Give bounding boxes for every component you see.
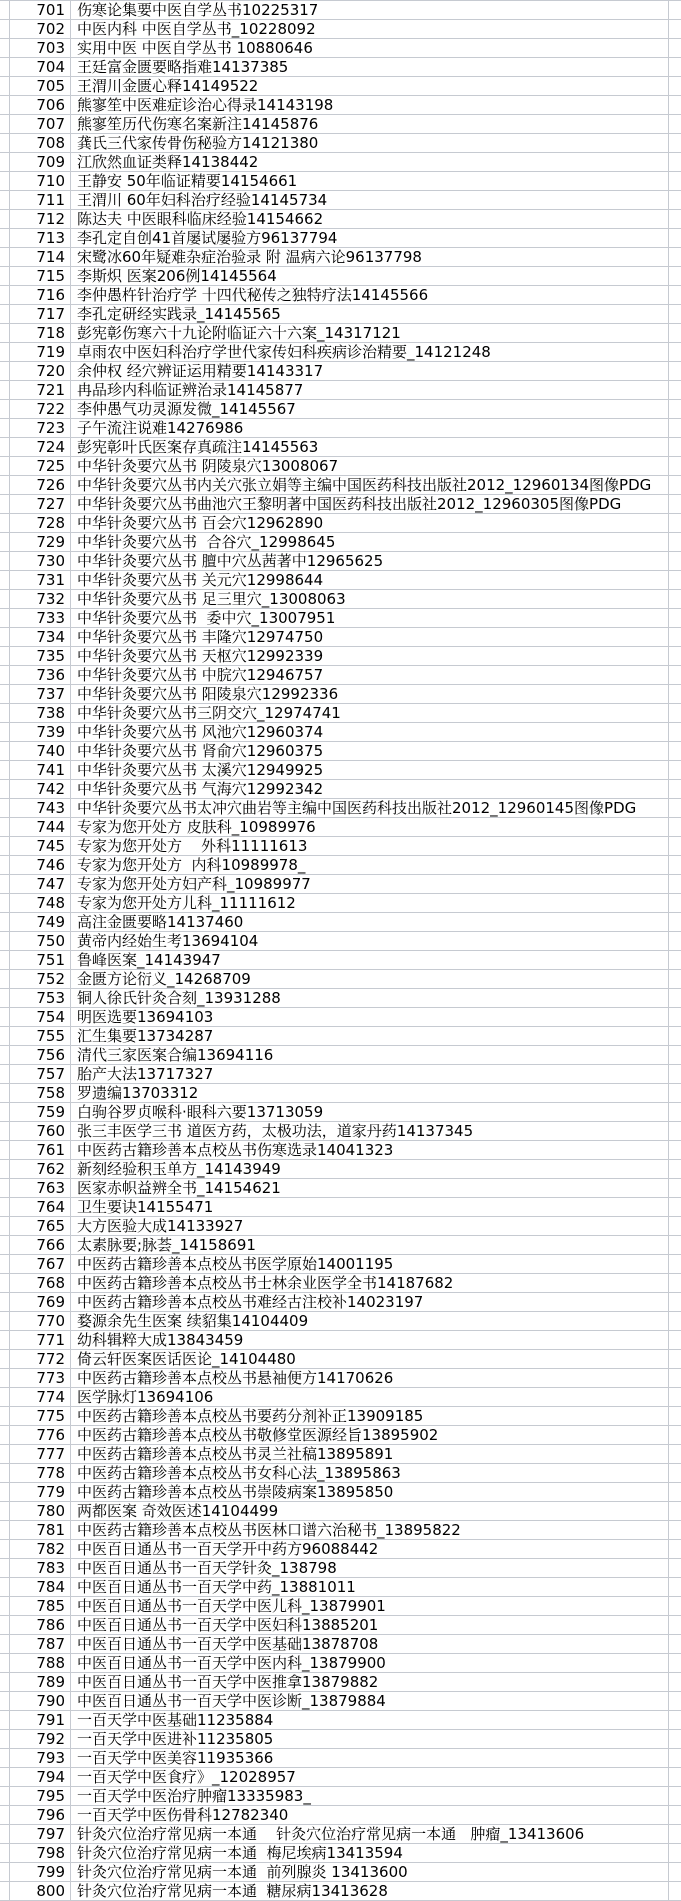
row-number-cell[interactable]: 775 — [10, 1407, 71, 1425]
row-number-cell[interactable]: 718 — [10, 324, 71, 342]
row-number-cell[interactable]: 741 — [10, 761, 71, 779]
book-title-cell[interactable]: 医学脉灯13694106 — [71, 1388, 681, 1406]
row-margin-cell[interactable] — [0, 1179, 10, 1197]
book-title-cell[interactable]: 中华针灸要穴丛书 足三里穴_13008063 — [71, 590, 681, 608]
row-number-cell[interactable]: 726 — [10, 476, 71, 494]
book-title-cell[interactable]: 伤寒论集要中医自学丛书10225317 — [71, 1, 681, 19]
book-title-cell[interactable]: 专家为您开处方妇产科_10989977 — [71, 875, 681, 893]
book-title-cell[interactable]: 李仲愚气功灵源发微_14145567 — [71, 400, 681, 418]
book-title-cell[interactable]: 中华针灸要穴丛书 关元穴12998644 — [71, 571, 681, 589]
book-title-cell[interactable]: 专家为您开处方 内科10989978_ — [71, 856, 681, 874]
row-margin-cell[interactable] — [0, 1806, 10, 1824]
book-title-cell[interactable]: 李孔定研经实践录_14145565 — [71, 305, 681, 323]
book-title-cell[interactable]: 专家为您开处方 皮肤科_10989976 — [71, 818, 681, 836]
book-title-cell[interactable]: 王廷富金匮要略指难14137385 — [71, 58, 681, 76]
row-margin-cell[interactable] — [0, 438, 10, 456]
row-margin-cell[interactable] — [0, 1749, 10, 1767]
row-margin-cell[interactable] — [0, 590, 10, 608]
row-margin-cell[interactable] — [0, 989, 10, 1007]
row-number-cell[interactable]: 759 — [10, 1103, 71, 1121]
book-title-cell[interactable]: 铜人徐氏针灸合刻_13931288 — [71, 989, 681, 1007]
book-title-cell[interactable]: 中医药古籍珍善本点校丛书敬修堂医源经旨13895902 — [71, 1426, 681, 1444]
book-title-cell[interactable]: 金匮方论衍义_14268709 — [71, 970, 681, 988]
row-number-cell[interactable]: 789 — [10, 1673, 71, 1691]
book-title-cell[interactable]: 中医百日通丛书一百天学中医推拿13879882 — [71, 1673, 681, 1691]
row-margin-cell[interactable] — [0, 818, 10, 836]
row-number-cell[interactable]: 769 — [10, 1293, 71, 1311]
row-margin-cell[interactable] — [0, 1597, 10, 1615]
book-title-cell[interactable]: 张三丰医学三书 道医方药，太极功法，道家丹药14137345 — [71, 1122, 681, 1140]
row-margin-cell[interactable] — [0, 495, 10, 513]
book-title-cell[interactable]: 中医百日通丛书一百天学开中药方96088442 — [71, 1540, 681, 1558]
row-margin-cell[interactable] — [0, 1578, 10, 1596]
row-margin-cell[interactable] — [0, 134, 10, 152]
row-number-cell[interactable]: 715 — [10, 267, 71, 285]
row-number-cell[interactable]: 796 — [10, 1806, 71, 1824]
row-margin-cell[interactable] — [0, 457, 10, 475]
row-number-cell[interactable]: 752 — [10, 970, 71, 988]
row-number-cell[interactable]: 794 — [10, 1768, 71, 1786]
row-margin-cell[interactable] — [0, 172, 10, 190]
book-title-cell[interactable]: 专家为您开处方儿科_11111612 — [71, 894, 681, 912]
row-margin-cell[interactable] — [0, 1445, 10, 1463]
book-title-cell[interactable]: 新刻经验积玉单方_14143949 — [71, 1160, 681, 1178]
row-number-cell[interactable]: 717 — [10, 305, 71, 323]
book-title-cell[interactable]: 中华针灸要穴丛书 百会穴12962890 — [71, 514, 681, 532]
row-margin-cell[interactable] — [0, 343, 10, 361]
book-title-cell[interactable]: 中医药古籍珍善本点校丛书医学原始14001195 — [71, 1255, 681, 1273]
row-margin-cell[interactable] — [0, 1065, 10, 1083]
book-title-cell[interactable]: 中华针灸要穴丛书 中脘穴12946757 — [71, 666, 681, 684]
book-title-cell[interactable]: 余仲权 经穴辨证运用精要14143317 — [71, 362, 681, 380]
row-margin-cell[interactable] — [0, 1103, 10, 1121]
row-number-cell[interactable]: 761 — [10, 1141, 71, 1159]
book-title-cell[interactable]: 中医百日通丛书一百天学中医妇科13885201 — [71, 1616, 681, 1634]
book-title-cell[interactable]: 中华针灸要穴丛书 阳陵泉穴12992336 — [71, 685, 681, 703]
row-number-cell[interactable]: 781 — [10, 1521, 71, 1539]
row-number-cell[interactable]: 766 — [10, 1236, 71, 1254]
row-number-cell[interactable]: 790 — [10, 1692, 71, 1710]
row-margin-cell[interactable] — [0, 837, 10, 855]
book-title-cell[interactable]: 王渭川 60年妇科治疗经验14145734 — [71, 191, 681, 209]
book-title-cell[interactable]: 中医内科 中医自学丛书_10228092 — [71, 20, 681, 38]
row-margin-cell[interactable] — [0, 894, 10, 912]
book-title-cell[interactable]: 针灸穴位治疗常见病一本通 针灸穴位治疗常见病一本通 肿瘤_13413606 — [71, 1825, 681, 1843]
row-number-cell[interactable]: 730 — [10, 552, 71, 570]
row-margin-cell[interactable] — [0, 1350, 10, 1368]
row-number-cell[interactable]: 786 — [10, 1616, 71, 1634]
row-number-cell[interactable]: 746 — [10, 856, 71, 874]
row-number-cell[interactable]: 710 — [10, 172, 71, 190]
book-title-cell[interactable]: 中华针灸要穴丛书 丰隆穴12974750 — [71, 628, 681, 646]
row-number-cell[interactable]: 755 — [10, 1027, 71, 1045]
row-number-cell[interactable]: 701 — [10, 1, 71, 19]
row-margin-cell[interactable] — [0, 1293, 10, 1311]
row-margin-cell[interactable] — [0, 913, 10, 931]
row-margin-cell[interactable] — [0, 153, 10, 171]
book-title-cell[interactable]: 倚云轩医案医话医论_14104480 — [71, 1350, 681, 1368]
row-margin-cell[interactable] — [0, 1217, 10, 1235]
row-number-cell[interactable]: 793 — [10, 1749, 71, 1767]
row-margin-cell[interactable] — [0, 381, 10, 399]
row-number-cell[interactable]: 753 — [10, 989, 71, 1007]
row-margin-cell[interactable] — [0, 1084, 10, 1102]
row-margin-cell[interactable] — [0, 1331, 10, 1349]
row-margin-cell[interactable] — [0, 1768, 10, 1786]
row-margin-cell[interactable] — [0, 1654, 10, 1672]
book-title-cell[interactable]: 一百天学中医美容11935366 — [71, 1749, 681, 1767]
row-margin-cell[interactable] — [0, 1844, 10, 1862]
book-title-cell[interactable]: 中医药古籍珍善本点校丛书崇陵病案13895850 — [71, 1483, 681, 1501]
book-title-cell[interactable]: 中医药古籍珍善本点校丛书灵兰社稿13895891 — [71, 1445, 681, 1463]
book-title-cell[interactable]: 幼科辑粹大成13843459 — [71, 1331, 681, 1349]
row-margin-cell[interactable] — [0, 761, 10, 779]
row-number-cell[interactable]: 743 — [10, 799, 71, 817]
row-margin-cell[interactable] — [0, 1692, 10, 1710]
row-number-cell[interactable]: 728 — [10, 514, 71, 532]
row-number-cell[interactable]: 725 — [10, 457, 71, 475]
row-margin-cell[interactable] — [0, 1027, 10, 1045]
row-number-cell[interactable]: 792 — [10, 1730, 71, 1748]
book-title-cell[interactable]: 中华针灸要穴丛书 气海穴12992342 — [71, 780, 681, 798]
row-number-cell[interactable]: 760 — [10, 1122, 71, 1140]
book-title-cell[interactable]: 中华针灸要穴丛书 太溪穴12949925 — [71, 761, 681, 779]
row-number-cell[interactable]: 747 — [10, 875, 71, 893]
row-number-cell[interactable]: 770 — [10, 1312, 71, 1330]
book-title-cell[interactable]: 太素脉要;脉荟_14158691 — [71, 1236, 681, 1254]
book-title-cell[interactable]: 中华针灸要穴丛书 膻中穴丛茜著中12965625 — [71, 552, 681, 570]
row-number-cell[interactable]: 758 — [10, 1084, 71, 1102]
row-margin-cell[interactable] — [0, 1730, 10, 1748]
row-margin-cell[interactable] — [0, 58, 10, 76]
row-number-cell[interactable]: 705 — [10, 77, 71, 95]
book-title-cell[interactable]: 清代三家医案合编13694116 — [71, 1046, 681, 1064]
row-margin-cell[interactable] — [0, 1464, 10, 1482]
row-margin-cell[interactable] — [0, 1882, 10, 1900]
row-number-cell[interactable]: 736 — [10, 666, 71, 684]
row-margin-cell[interactable] — [0, 39, 10, 57]
row-margin-cell[interactable] — [0, 1863, 10, 1881]
row-number-cell[interactable]: 773 — [10, 1369, 71, 1387]
row-margin-cell[interactable] — [0, 286, 10, 304]
row-margin-cell[interactable] — [0, 1502, 10, 1520]
row-margin-cell[interactable] — [0, 552, 10, 570]
row-number-cell[interactable]: 763 — [10, 1179, 71, 1197]
book-title-cell[interactable]: 医家赤帜益辨全书_14154621 — [71, 1179, 681, 1197]
book-title-cell[interactable]: 中医百日通丛书一百天学中医诊断_13879884 — [71, 1692, 681, 1710]
row-number-cell[interactable]: 745 — [10, 837, 71, 855]
row-number-cell[interactable]: 749 — [10, 913, 71, 931]
row-number-cell[interactable]: 768 — [10, 1274, 71, 1292]
row-margin-cell[interactable] — [0, 1198, 10, 1216]
row-margin-cell[interactable] — [0, 267, 10, 285]
row-number-cell[interactable]: 733 — [10, 609, 71, 627]
book-title-cell[interactable]: 中医百日通丛书一百天学针灸_138798 — [71, 1559, 681, 1577]
book-title-cell[interactable]: 彭宪彰叶氏医案存真疏注14145563 — [71, 438, 681, 456]
row-margin-cell[interactable] — [0, 1255, 10, 1273]
row-number-cell[interactable]: 783 — [10, 1559, 71, 1577]
row-number-cell[interactable]: 706 — [10, 96, 71, 114]
row-margin-cell[interactable] — [0, 628, 10, 646]
row-number-cell[interactable]: 729 — [10, 533, 71, 551]
book-title-cell[interactable]: 实用中医 中医自学丛书 10880646 — [71, 39, 681, 57]
book-title-cell[interactable]: 一百天学中医食疗》_12028957 — [71, 1768, 681, 1786]
row-number-cell[interactable]: 703 — [10, 39, 71, 57]
row-margin-cell[interactable] — [0, 1407, 10, 1425]
row-number-cell[interactable]: 744 — [10, 818, 71, 836]
row-number-cell[interactable]: 798 — [10, 1844, 71, 1862]
book-title-cell[interactable]: 宋鹭冰60年疑难杂症治验录 附 温病六论96137798 — [71, 248, 681, 266]
book-title-cell[interactable]: 中医百日通丛书一百天学中医基础13878708 — [71, 1635, 681, 1653]
row-margin-cell[interactable] — [0, 476, 10, 494]
book-title-cell[interactable]: 李仲愚杵针治疗学 十四代秘传之独特疗法14145566 — [71, 286, 681, 304]
row-number-cell[interactable]: 750 — [10, 932, 71, 950]
row-number-cell[interactable]: 707 — [10, 115, 71, 133]
row-number-cell[interactable]: 800 — [10, 1882, 71, 1900]
book-title-cell[interactable]: 彭宪彰伤寒六十九论附临证六十六案_14317121 — [71, 324, 681, 342]
row-number-cell[interactable]: 779 — [10, 1483, 71, 1501]
row-number-cell[interactable]: 767 — [10, 1255, 71, 1273]
row-margin-cell[interactable] — [0, 210, 10, 228]
row-number-cell[interactable]: 778 — [10, 1464, 71, 1482]
row-margin-cell[interactable] — [0, 1274, 10, 1292]
row-margin-cell[interactable] — [0, 324, 10, 342]
book-title-cell[interactable]: 中医药古籍珍善本点校丛书医林口谱六治秘书_13895822 — [71, 1521, 681, 1539]
row-number-cell[interactable]: 772 — [10, 1350, 71, 1368]
row-number-cell[interactable]: 737 — [10, 685, 71, 703]
row-number-cell[interactable]: 732 — [10, 590, 71, 608]
row-number-cell[interactable]: 714 — [10, 248, 71, 266]
book-title-cell[interactable]: 胎产大法13717327 — [71, 1065, 681, 1083]
row-margin-cell[interactable] — [0, 875, 10, 893]
row-margin-cell[interactable] — [0, 1369, 10, 1387]
book-title-cell[interactable]: 明医选要13694103 — [71, 1008, 681, 1026]
row-number-cell[interactable]: 711 — [10, 191, 71, 209]
book-title-cell[interactable]: 中医药古籍珍善本点校丛书难经古注校补14023197 — [71, 1293, 681, 1311]
row-number-cell[interactable]: 764 — [10, 1198, 71, 1216]
row-margin-cell[interactable] — [0, 1388, 10, 1406]
row-margin-cell[interactable] — [0, 856, 10, 874]
row-number-cell[interactable]: 771 — [10, 1331, 71, 1349]
book-title-cell[interactable]: 大方医验大成14133927 — [71, 1217, 681, 1235]
row-margin-cell[interactable] — [0, 20, 10, 38]
book-title-cell[interactable]: 江欣然血证类释14138442 — [71, 153, 681, 171]
row-margin-cell[interactable] — [0, 191, 10, 209]
book-title-cell[interactable]: 针灸穴位治疗常见病一本通 糖尿病13413628 — [71, 1882, 681, 1900]
book-title-cell[interactable]: 卫生要诀14155471 — [71, 1198, 681, 1216]
book-title-cell[interactable]: 白驹谷罗贞喉科·眼科六要13713059 — [71, 1103, 681, 1121]
row-number-cell[interactable]: 722 — [10, 400, 71, 418]
row-number-cell[interactable]: 795 — [10, 1787, 71, 1805]
book-title-cell[interactable]: 中华针灸要穴丛书内关穴张立娟等主编中国医药科技出版社2012_12960134图… — [71, 476, 681, 494]
row-margin-cell[interactable] — [0, 305, 10, 323]
book-title-cell[interactable]: 中医药古籍珍善本点校丛书要药分剂补正13909185 — [71, 1407, 681, 1425]
row-number-cell[interactable]: 721 — [10, 381, 71, 399]
book-title-cell[interactable]: 冉品珍内科临证辨治录14145877 — [71, 381, 681, 399]
row-number-cell[interactable]: 712 — [10, 210, 71, 228]
row-number-cell[interactable]: 782 — [10, 1540, 71, 1558]
row-margin-cell[interactable] — [0, 1141, 10, 1159]
row-margin-cell[interactable] — [0, 77, 10, 95]
row-number-cell[interactable]: 727 — [10, 495, 71, 513]
row-number-cell[interactable]: 780 — [10, 1502, 71, 1520]
book-title-cell[interactable]: 陈达夫 中医眼科临床经验14154662 — [71, 210, 681, 228]
book-title-cell[interactable]: 中华针灸要穴丛书 阴陵泉穴13008067 — [71, 457, 681, 475]
book-title-cell[interactable]: 中医药古籍珍善本点校丛书士林余业医学全书14187682 — [71, 1274, 681, 1292]
row-number-cell[interactable]: 776 — [10, 1426, 71, 1444]
book-title-cell[interactable]: 针灸穴位治疗常见病一本通 梅尼埃病13413594 — [71, 1844, 681, 1862]
row-margin-cell[interactable] — [0, 951, 10, 969]
row-number-cell[interactable]: 762 — [10, 1160, 71, 1178]
row-margin-cell[interactable] — [0, 1, 10, 19]
book-title-cell[interactable]: 中华针灸要穴丛书 肾俞穴12960375 — [71, 742, 681, 760]
row-margin-cell[interactable] — [0, 1711, 10, 1729]
book-title-cell[interactable]: 汇生集要13734287 — [71, 1027, 681, 1045]
book-title-cell[interactable]: 熊寥笙历代伤寒名案新注14145876 — [71, 115, 681, 133]
row-number-cell[interactable]: 708 — [10, 134, 71, 152]
book-title-cell[interactable]: 李孔定自创41首屡试屡验方96137794 — [71, 229, 681, 247]
row-margin-cell[interactable] — [0, 1540, 10, 1558]
row-margin-cell[interactable] — [0, 96, 10, 114]
row-margin-cell[interactable] — [0, 1616, 10, 1634]
row-margin-cell[interactable] — [0, 609, 10, 627]
row-number-cell[interactable]: 757 — [10, 1065, 71, 1083]
row-number-cell[interactable]: 709 — [10, 153, 71, 171]
row-margin-cell[interactable] — [0, 970, 10, 988]
row-number-cell[interactable]: 734 — [10, 628, 71, 646]
row-number-cell[interactable]: 748 — [10, 894, 71, 912]
row-number-cell[interactable]: 713 — [10, 229, 71, 247]
book-title-cell[interactable]: 中医药古籍珍善本点校丛书悬袖便方14170626 — [71, 1369, 681, 1387]
row-margin-cell[interactable] — [0, 1426, 10, 1444]
row-margin-cell[interactable] — [0, 666, 10, 684]
row-margin-cell[interactable] — [0, 1521, 10, 1539]
book-title-cell[interactable]: 罗遗编13703312 — [71, 1084, 681, 1102]
row-margin-cell[interactable] — [0, 1122, 10, 1140]
row-number-cell[interactable]: 719 — [10, 343, 71, 361]
row-margin-cell[interactable] — [0, 229, 10, 247]
row-margin-cell[interactable] — [0, 723, 10, 741]
book-title-cell[interactable]: 一百天学中医治疗肿瘤13335983_ — [71, 1787, 681, 1805]
book-title-cell[interactable]: 中医百日通丛书一百天学中医内科_13879900 — [71, 1654, 681, 1672]
row-number-cell[interactable]: 735 — [10, 647, 71, 665]
book-title-cell[interactable]: 中华针灸要穴丛书太冲穴曲岩等主编中国医药科技出版社2012_12960145图像… — [71, 799, 681, 817]
row-margin-cell[interactable] — [0, 1008, 10, 1026]
book-title-cell[interactable]: 中华针灸要穴丛书 天枢穴12992339 — [71, 647, 681, 665]
row-number-cell[interactable]: 739 — [10, 723, 71, 741]
row-margin-cell[interactable] — [0, 780, 10, 798]
book-title-cell[interactable]: 李斯炽 医案206例14145564 — [71, 267, 681, 285]
book-title-cell[interactable]: 卓雨农中医妇科治疗学世代家传妇科疾病诊治精要_14121248 — [71, 343, 681, 361]
book-title-cell[interactable]: 王静安 50年临证精要14154661 — [71, 172, 681, 190]
row-number-cell[interactable]: 702 — [10, 20, 71, 38]
row-number-cell[interactable]: 797 — [10, 1825, 71, 1843]
row-margin-cell[interactable] — [0, 1160, 10, 1178]
book-title-cell[interactable]: 子午流注说难14276986 — [71, 419, 681, 437]
book-title-cell[interactable]: 中华针灸要穴丛书曲池穴王黎明著中国医药科技出版社2012_12960305图像P… — [71, 495, 681, 513]
row-number-cell[interactable]: 724 — [10, 438, 71, 456]
row-margin-cell[interactable] — [0, 1635, 10, 1653]
row-margin-cell[interactable] — [0, 514, 10, 532]
row-margin-cell[interactable] — [0, 1312, 10, 1330]
row-number-cell[interactable]: 720 — [10, 362, 71, 380]
book-title-cell[interactable]: 中医药古籍珍善本点校丛书伤寒选录14041323 — [71, 1141, 681, 1159]
row-margin-cell[interactable] — [0, 704, 10, 722]
row-margin-cell[interactable] — [0, 647, 10, 665]
row-margin-cell[interactable] — [0, 1787, 10, 1805]
row-number-cell[interactable]: 784 — [10, 1578, 71, 1596]
row-margin-cell[interactable] — [0, 1046, 10, 1064]
row-number-cell[interactable]: 738 — [10, 704, 71, 722]
row-number-cell[interactable]: 777 — [10, 1445, 71, 1463]
book-title-cell[interactable]: 黄帝内经始生考13694104 — [71, 932, 681, 950]
row-margin-cell[interactable] — [0, 1825, 10, 1843]
row-margin-cell[interactable] — [0, 400, 10, 418]
row-margin-cell[interactable] — [0, 685, 10, 703]
book-title-cell[interactable]: 中华针灸要穴丛书三阴交穴_12974741 — [71, 704, 681, 722]
row-margin-cell[interactable] — [0, 115, 10, 133]
row-margin-cell[interactable] — [0, 799, 10, 817]
row-margin-cell[interactable] — [0, 1559, 10, 1577]
row-margin-cell[interactable] — [0, 932, 10, 950]
row-number-cell[interactable]: 756 — [10, 1046, 71, 1064]
book-title-cell[interactable]: 婺源余先生医案 续貂集14104409 — [71, 1312, 681, 1330]
row-number-cell[interactable]: 704 — [10, 58, 71, 76]
book-title-cell[interactable]: 中医百日通丛书一百天学中药_13881011 — [71, 1578, 681, 1596]
row-number-cell[interactable]: 788 — [10, 1654, 71, 1672]
book-title-cell[interactable]: 针灸穴位治疗常见病一本通 前列腺炎 13413600 — [71, 1863, 681, 1881]
row-number-cell[interactable]: 740 — [10, 742, 71, 760]
row-number-cell[interactable]: 765 — [10, 1217, 71, 1235]
row-margin-cell[interactable] — [0, 1673, 10, 1691]
row-number-cell[interactable]: 791 — [10, 1711, 71, 1729]
row-number-cell[interactable]: 787 — [10, 1635, 71, 1653]
row-number-cell[interactable]: 799 — [10, 1863, 71, 1881]
row-number-cell[interactable]: 742 — [10, 780, 71, 798]
row-margin-cell[interactable] — [0, 419, 10, 437]
book-title-cell[interactable]: 两都医案 奇效医述14104499 — [71, 1502, 681, 1520]
book-title-cell[interactable]: 中医百日通丛书一百天学中医儿科_13879901 — [71, 1597, 681, 1615]
row-number-cell[interactable]: 785 — [10, 1597, 71, 1615]
row-margin-cell[interactable] — [0, 571, 10, 589]
row-margin-cell[interactable] — [0, 1236, 10, 1254]
row-margin-cell[interactable] — [0, 362, 10, 380]
row-number-cell[interactable]: 754 — [10, 1008, 71, 1026]
row-margin-cell[interactable] — [0, 533, 10, 551]
row-number-cell[interactable]: 723 — [10, 419, 71, 437]
book-title-cell[interactable]: 一百天学中医基础11235884 — [71, 1711, 681, 1729]
book-title-cell[interactable]: 一百天学中医进补11235805 — [71, 1730, 681, 1748]
book-title-cell[interactable]: 中医药古籍珍善本点校丛书女科心法_13895863 — [71, 1464, 681, 1482]
book-title-cell[interactable]: 专家为您开处方 外科11111613 — [71, 837, 681, 855]
book-title-cell[interactable]: 龚氏三代家传骨伤秘验方14121380 — [71, 134, 681, 152]
book-title-cell[interactable]: 中华针灸要穴丛书 委中穴_13007951 — [71, 609, 681, 627]
row-number-cell[interactable]: 774 — [10, 1388, 71, 1406]
row-margin-cell[interactable] — [0, 1483, 10, 1501]
row-number-cell[interactable]: 716 — [10, 286, 71, 304]
book-title-cell[interactable]: 王渭川金匮心释14149522 — [71, 77, 681, 95]
row-number-cell[interactable]: 731 — [10, 571, 71, 589]
book-title-cell[interactable]: 鲁峰医案_14143947 — [71, 951, 681, 969]
row-number-cell[interactable]: 751 — [10, 951, 71, 969]
row-margin-cell[interactable] — [0, 248, 10, 266]
book-title-cell[interactable]: 熊寥笙中医难症诊治心得录14143198 — [71, 96, 681, 114]
row-margin-cell[interactable] — [0, 742, 10, 760]
book-title-cell[interactable]: 高注金匮要略14137460 — [71, 913, 681, 931]
book-title-cell[interactable]: 中华针灸要穴丛书 合谷穴_12998645 — [71, 533, 681, 551]
book-title-cell[interactable]: 中华针灸要穴丛书 风池穴12960374 — [71, 723, 681, 741]
book-title-cell[interactable]: 一百天学中医伤骨科12782340 — [71, 1806, 681, 1824]
